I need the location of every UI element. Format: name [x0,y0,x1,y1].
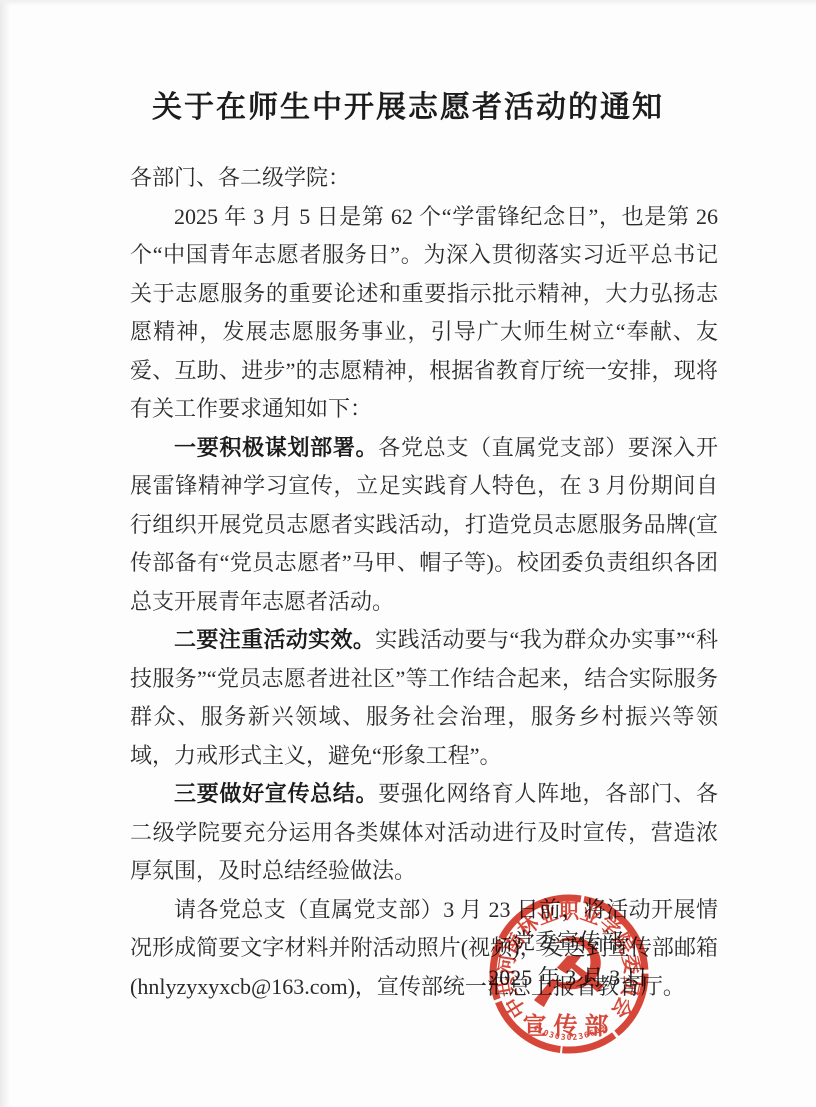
paragraph-lead: 一要积极谋划部署。 [174,435,378,460]
paragraph: 三要做好宣传总结。要强化网络育人阵地，各部门、各二级学院要充分运用各类媒体对活动… [130,775,718,891]
paragraph: 一要积极谋划部署。各党总支（直属党支部）要深入开展雷锋精神学习宣传，立足实践育人… [130,429,718,622]
official-red-seal: ☭中共河南林业职业学院委员会宣传部4103030236609 [483,888,655,1060]
scan-edge-artifact [0,0,10,1107]
salutation: 各部门、各二级学院： [130,159,718,198]
paragraph: 二要注重活动实效。实践活动要与“我为群众办实事”“科技服务”“党员志愿者进社区”… [130,621,718,775]
scanned-notice-page: 关于在师生中开展志愿者活动的通知 各部门、各二级学院： 2025 年 3 月 5… [0,0,816,1107]
paragraph-lead: 二要注重活动实效。 [174,627,375,652]
paragraph-lead: 三要做好宣传总结。 [174,781,378,806]
scan-edge-artifact [0,0,816,6]
paragraph-text: 2025 年 3 月 5 日是第 62 个“学雷锋纪念日”，也是第 26 个“中… [130,204,718,422]
svg-text:职: 职 [559,900,580,923]
paragraph-text: 各党总支（直属党支部）要深入开展雷锋精神学习宣传，立足实践育人特色，在 3 月份… [130,435,718,614]
notice-body: 各部门、各二级学院： 2025 年 3 月 5 日是第 62 个“学雷锋纪念日”… [130,159,718,1006]
page-title: 关于在师生中开展志愿者活动的通知 [0,0,816,126]
svg-text:0: 0 [567,1033,572,1042]
paragraph-list: 2025 年 3 月 5 日是第 62 个“学雷锋纪念日”，也是第 26 个“中… [130,198,718,1007]
svg-text:委: 委 [618,953,644,976]
svg-text:3: 3 [560,1033,566,1042]
paragraph: 2025 年 3 月 5 日是第 62 个“学雷锋纪念日”，也是第 26 个“中… [130,198,718,429]
